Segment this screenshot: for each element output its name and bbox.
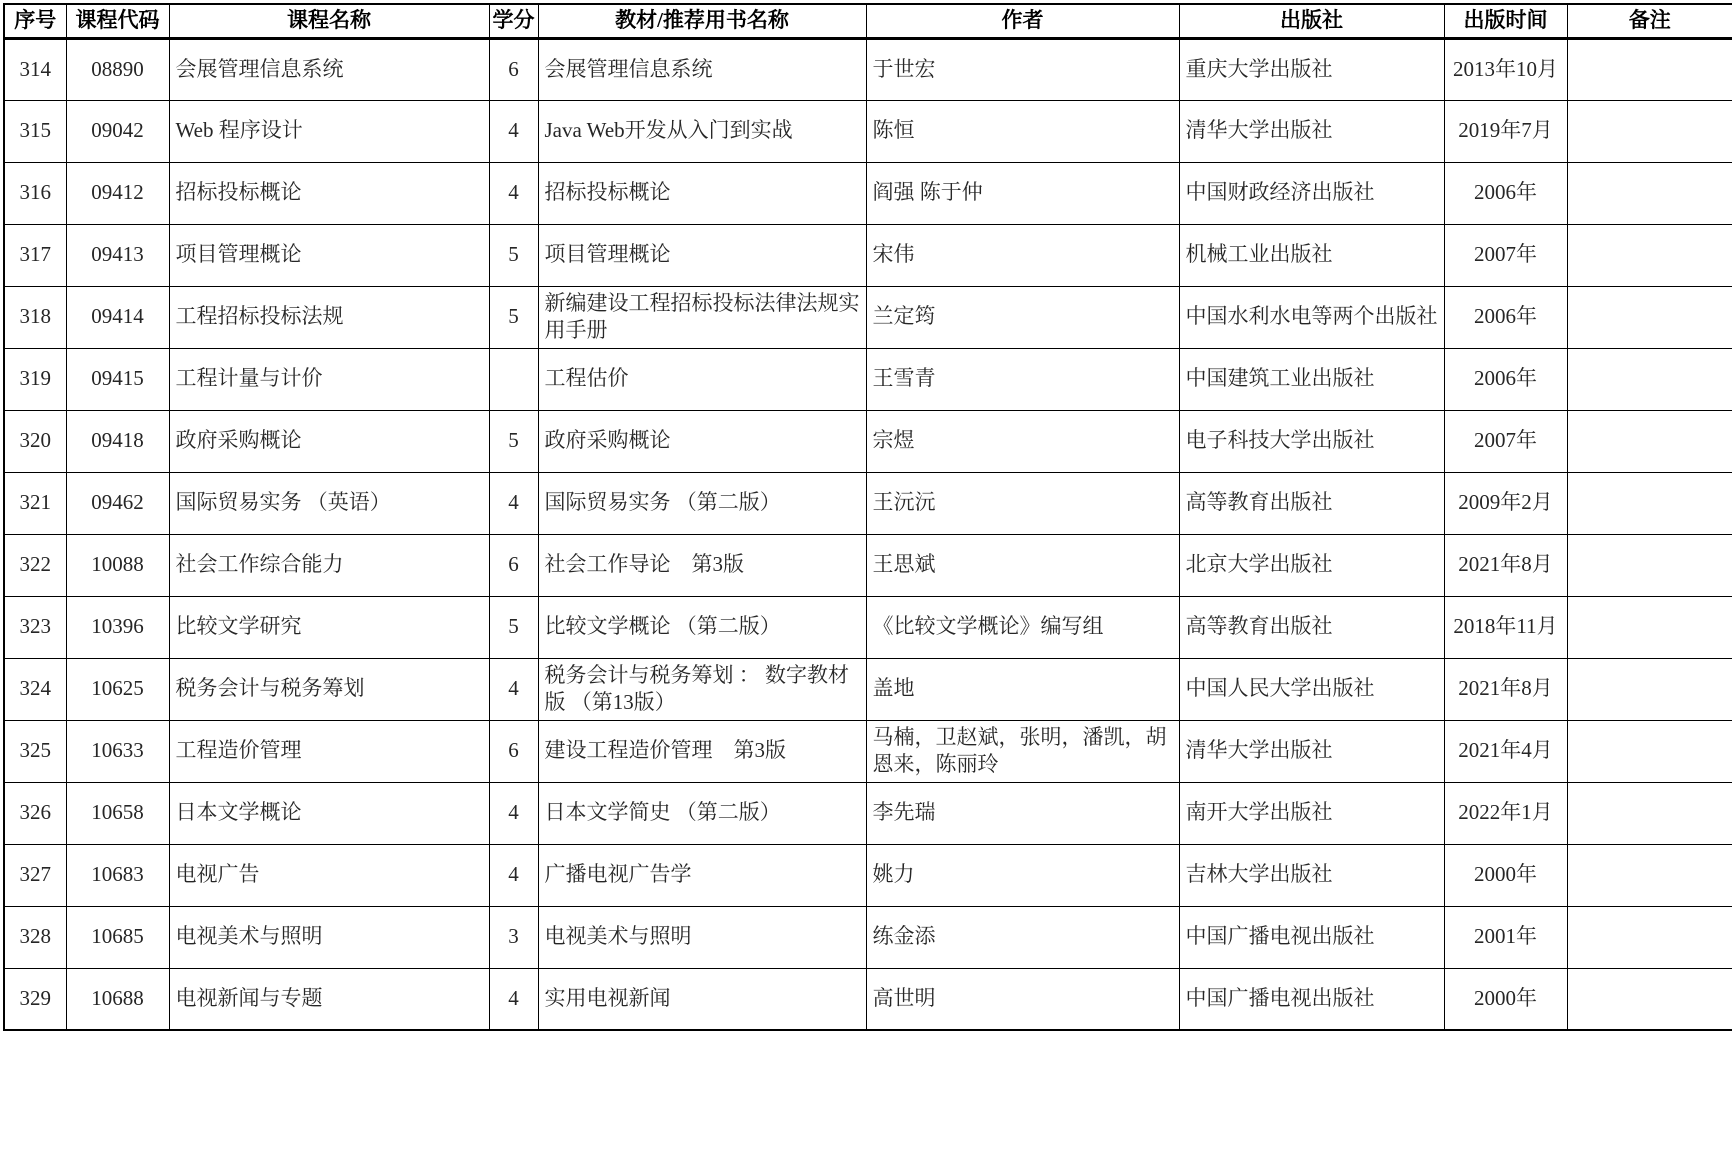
cell-credits: 4 — [489, 100, 538, 162]
table-row: 31609412招标投标概论4招标投标概论阎强 陈于仲中国财政经济出版社2006… — [4, 162, 1732, 224]
cell-author: 高世明 — [866, 968, 1179, 1030]
cell-author: 马楠，卫赵斌，张明，潘凯，胡恩来，陈丽玲 — [866, 720, 1179, 782]
cell-course-name: 工程造价管理 — [169, 720, 489, 782]
cell-textbook: 实用电视新闻 — [538, 968, 866, 1030]
cell-remarks — [1567, 906, 1732, 968]
cell-remarks — [1567, 410, 1732, 472]
cell-textbook: 税务会计与税务筹划 ： 数字教材版 （第13版） — [538, 658, 866, 720]
cell-author: 练金添 — [866, 906, 1179, 968]
cell-course-name: 日本文学概论 — [169, 782, 489, 844]
header-cell-course-name: 课程名称 — [169, 4, 489, 38]
cell-course-code: 10625 — [66, 658, 169, 720]
cell-course-name: 电视美术与照明 — [169, 906, 489, 968]
cell-textbook: 广播电视广告学 — [538, 844, 866, 906]
header-row: 序号 课程代码 课程名称 学分 教材/推荐用书名称 作者 出版社 出版时间 备注 — [4, 4, 1732, 38]
cell-course-code: 10688 — [66, 968, 169, 1030]
table-row: 32109462国际贸易实务 （英语）4国际贸易实务 （第二版）王沅沅高等教育出… — [4, 472, 1732, 534]
cell-publisher: 清华大学出版社 — [1179, 100, 1444, 162]
cell-credits: 6 — [489, 38, 538, 100]
cell-publisher: 清华大学出版社 — [1179, 720, 1444, 782]
cell-publisher: 中国财政经济出版社 — [1179, 162, 1444, 224]
cell-remarks — [1567, 596, 1732, 658]
header-cell-author: 作者 — [866, 4, 1179, 38]
cell-remarks — [1567, 348, 1732, 410]
table-row: 32710683电视广告4广播电视广告学姚力吉林大学出版社2000年 — [4, 844, 1732, 906]
cell-course-code: 10658 — [66, 782, 169, 844]
table-row: 32810685电视美术与照明3电视美术与照明练金添中国广播电视出版社2001年 — [4, 906, 1732, 968]
cell-textbook: Java Web开发从入门到实战 — [538, 100, 866, 162]
cell-pub-date: 2000年 — [1444, 968, 1567, 1030]
cell-publisher: 电子科技大学出版社 — [1179, 410, 1444, 472]
cell-index: 314 — [4, 38, 66, 100]
cell-course-code: 10683 — [66, 844, 169, 906]
cell-course-name: 项目管理概论 — [169, 224, 489, 286]
cell-pub-date: 2022年1月 — [1444, 782, 1567, 844]
cell-remarks — [1567, 658, 1732, 720]
cell-author: 盖地 — [866, 658, 1179, 720]
cell-course-name: 政府采购概论 — [169, 410, 489, 472]
cell-course-code: 08890 — [66, 38, 169, 100]
cell-remarks — [1567, 472, 1732, 534]
cell-course-code: 10396 — [66, 596, 169, 658]
cell-index: 325 — [4, 720, 66, 782]
cell-credits: 4 — [489, 472, 538, 534]
cell-textbook: 国际贸易实务 （第二版） — [538, 472, 866, 534]
cell-author: 王雪青 — [866, 348, 1179, 410]
cell-publisher: 中国广播电视出版社 — [1179, 968, 1444, 1030]
cell-course-name: Web 程序设计 — [169, 100, 489, 162]
cell-author: 阎强 陈于仲 — [866, 162, 1179, 224]
cell-pub-date: 2019年7月 — [1444, 100, 1567, 162]
table-row: 32410625税务会计与税务筹划4税务会计与税务筹划 ： 数字教材版 （第13… — [4, 658, 1732, 720]
cell-remarks — [1567, 782, 1732, 844]
table-row: 31909415工程计量与计价工程估价王雪青中国建筑工业出版社2006年 — [4, 348, 1732, 410]
cell-textbook: 电视美术与照明 — [538, 906, 866, 968]
cell-course-name: 税务会计与税务筹划 — [169, 658, 489, 720]
cell-remarks — [1567, 720, 1732, 782]
cell-remarks — [1567, 844, 1732, 906]
table-row: 32910688电视新闻与专题4实用电视新闻高世明中国广播电视出版社2000年 — [4, 968, 1732, 1030]
cell-author: 陈恒 — [866, 100, 1179, 162]
cell-pub-date: 2009年2月 — [1444, 472, 1567, 534]
cell-credits: 3 — [489, 906, 538, 968]
cell-author: 于世宏 — [866, 38, 1179, 100]
cell-publisher: 高等教育出版社 — [1179, 596, 1444, 658]
cell-author: 王思斌 — [866, 534, 1179, 596]
cell-remarks — [1567, 286, 1732, 348]
cell-author: 王沅沅 — [866, 472, 1179, 534]
cell-publisher: 南开大学出版社 — [1179, 782, 1444, 844]
cell-index: 319 — [4, 348, 66, 410]
cell-pub-date: 2018年11月 — [1444, 596, 1567, 658]
cell-index: 323 — [4, 596, 66, 658]
cell-publisher: 北京大学出版社 — [1179, 534, 1444, 596]
header-cell-textbook: 教材/推荐用书名称 — [538, 4, 866, 38]
header-cell-remarks: 备注 — [1567, 4, 1732, 38]
header-cell-publisher: 出版社 — [1179, 4, 1444, 38]
cell-course-name: 会展管理信息系统 — [169, 38, 489, 100]
cell-author: 李先瑞 — [866, 782, 1179, 844]
cell-credits — [489, 348, 538, 410]
cell-credits: 4 — [489, 658, 538, 720]
cell-textbook: 项目管理概论 — [538, 224, 866, 286]
cell-publisher: 高等教育出版社 — [1179, 472, 1444, 534]
cell-course-code: 10685 — [66, 906, 169, 968]
cell-credits: 4 — [489, 968, 538, 1030]
cell-credits: 4 — [489, 782, 538, 844]
cell-textbook: 新编建设工程招标投标法律法规实用手册 — [538, 286, 866, 348]
cell-course-code: 09415 — [66, 348, 169, 410]
cell-textbook: 社会工作导论 第3版 — [538, 534, 866, 596]
table-row: 31709413项目管理概论5项目管理概论宋伟机械工业出版社2007年 — [4, 224, 1732, 286]
cell-course-code: 10088 — [66, 534, 169, 596]
cell-credits: 6 — [489, 720, 538, 782]
cell-textbook: 比较文学概论 （第二版） — [538, 596, 866, 658]
cell-publisher: 机械工业出版社 — [1179, 224, 1444, 286]
cell-pub-date: 2013年10月 — [1444, 38, 1567, 100]
cell-index: 322 — [4, 534, 66, 596]
cell-author: 姚力 — [866, 844, 1179, 906]
cell-publisher: 中国水利水电等两个出版社 — [1179, 286, 1444, 348]
cell-course-code: 09413 — [66, 224, 169, 286]
cell-course-code: 10633 — [66, 720, 169, 782]
cell-pub-date: 2021年8月 — [1444, 658, 1567, 720]
cell-publisher: 中国人民大学出版社 — [1179, 658, 1444, 720]
cell-index: 318 — [4, 286, 66, 348]
header-cell-credits: 学分 — [489, 4, 538, 38]
cell-credits: 5 — [489, 286, 538, 348]
cell-textbook: 工程估价 — [538, 348, 866, 410]
cell-course-name: 工程招标投标法规 — [169, 286, 489, 348]
cell-publisher: 中国建筑工业出版社 — [1179, 348, 1444, 410]
cell-credits: 4 — [489, 844, 538, 906]
cell-remarks — [1567, 224, 1732, 286]
cell-course-name: 电视广告 — [169, 844, 489, 906]
cell-course-name: 电视新闻与专题 — [169, 968, 489, 1030]
cell-pub-date: 2000年 — [1444, 844, 1567, 906]
table-row: 32610658日本文学概论4日本文学简史 （第二版）李先瑞南开大学出版社202… — [4, 782, 1732, 844]
course-textbook-table: 序号 课程代码 课程名称 学分 教材/推荐用书名称 作者 出版社 出版时间 备注… — [3, 3, 1732, 1031]
cell-course-code: 09412 — [66, 162, 169, 224]
cell-course-name: 招标投标概论 — [169, 162, 489, 224]
table-row: 32310396比较文学研究5比较文学概论 （第二版）《比较文学概论》编写组高等… — [4, 596, 1732, 658]
cell-author: 《比较文学概论》编写组 — [866, 596, 1179, 658]
header-cell-index: 序号 — [4, 4, 66, 38]
cell-remarks — [1567, 38, 1732, 100]
cell-textbook: 日本文学简史 （第二版） — [538, 782, 866, 844]
cell-publisher: 重庆大学出版社 — [1179, 38, 1444, 100]
table-row: 32210088社会工作综合能力6社会工作导论 第3版王思斌北京大学出版社202… — [4, 534, 1732, 596]
cell-index: 329 — [4, 968, 66, 1030]
table-row: 31408890会展管理信息系统6会展管理信息系统于世宏重庆大学出版社2013年… — [4, 38, 1732, 100]
cell-course-code: 09418 — [66, 410, 169, 472]
cell-index: 315 — [4, 100, 66, 162]
header-cell-course-code: 课程代码 — [66, 4, 169, 38]
cell-author: 宋伟 — [866, 224, 1179, 286]
cell-index: 320 — [4, 410, 66, 472]
cell-credits: 5 — [489, 224, 538, 286]
cell-credits: 5 — [489, 596, 538, 658]
cell-remarks — [1567, 968, 1732, 1030]
cell-pub-date: 2006年 — [1444, 286, 1567, 348]
table-row: 32009418政府采购概论5政府采购概论宗煜电子科技大学出版社2007年 — [4, 410, 1732, 472]
cell-course-code: 09414 — [66, 286, 169, 348]
cell-course-code: 09042 — [66, 100, 169, 162]
cell-index: 324 — [4, 658, 66, 720]
cell-index: 326 — [4, 782, 66, 844]
cell-author: 宗煜 — [866, 410, 1179, 472]
cell-publisher: 吉林大学出版社 — [1179, 844, 1444, 906]
cell-credits: 6 — [489, 534, 538, 596]
cell-pub-date: 2006年 — [1444, 348, 1567, 410]
cell-course-code: 09462 — [66, 472, 169, 534]
cell-course-name: 工程计量与计价 — [169, 348, 489, 410]
cell-textbook: 政府采购概论 — [538, 410, 866, 472]
cell-author: 兰定筠 — [866, 286, 1179, 348]
cell-remarks — [1567, 534, 1732, 596]
cell-credits: 5 — [489, 410, 538, 472]
table-row: 32510633工程造价管理6建设工程造价管理 第3版马楠，卫赵斌，张明，潘凯，… — [4, 720, 1732, 782]
cell-index: 317 — [4, 224, 66, 286]
cell-pub-date: 2007年 — [1444, 410, 1567, 472]
cell-course-name: 社会工作综合能力 — [169, 534, 489, 596]
cell-textbook: 建设工程造价管理 第3版 — [538, 720, 866, 782]
cell-publisher: 中国广播电视出版社 — [1179, 906, 1444, 968]
cell-course-name: 国际贸易实务 （英语） — [169, 472, 489, 534]
header-cell-pub-date: 出版时间 — [1444, 4, 1567, 38]
table-row: 31809414工程招标投标法规5新编建设工程招标投标法律法规实用手册兰定筠中国… — [4, 286, 1732, 348]
cell-index: 327 — [4, 844, 66, 906]
table-row: 31509042Web 程序设计4Java Web开发从入门到实战陈恒清华大学出… — [4, 100, 1732, 162]
cell-pub-date: 2021年8月 — [1444, 534, 1567, 596]
cell-course-name: 比较文学研究 — [169, 596, 489, 658]
cell-pub-date: 2021年4月 — [1444, 720, 1567, 782]
cell-credits: 4 — [489, 162, 538, 224]
cell-textbook: 招标投标概论 — [538, 162, 866, 224]
cell-textbook: 会展管理信息系统 — [538, 38, 866, 100]
cell-index: 321 — [4, 472, 66, 534]
cell-pub-date: 2006年 — [1444, 162, 1567, 224]
cell-pub-date: 2007年 — [1444, 224, 1567, 286]
cell-pub-date: 2001年 — [1444, 906, 1567, 968]
table-body: 31408890会展管理信息系统6会展管理信息系统于世宏重庆大学出版社2013年… — [4, 38, 1732, 1030]
cell-remarks — [1567, 162, 1732, 224]
cell-index: 328 — [4, 906, 66, 968]
cell-index: 316 — [4, 162, 66, 224]
cell-remarks — [1567, 100, 1732, 162]
